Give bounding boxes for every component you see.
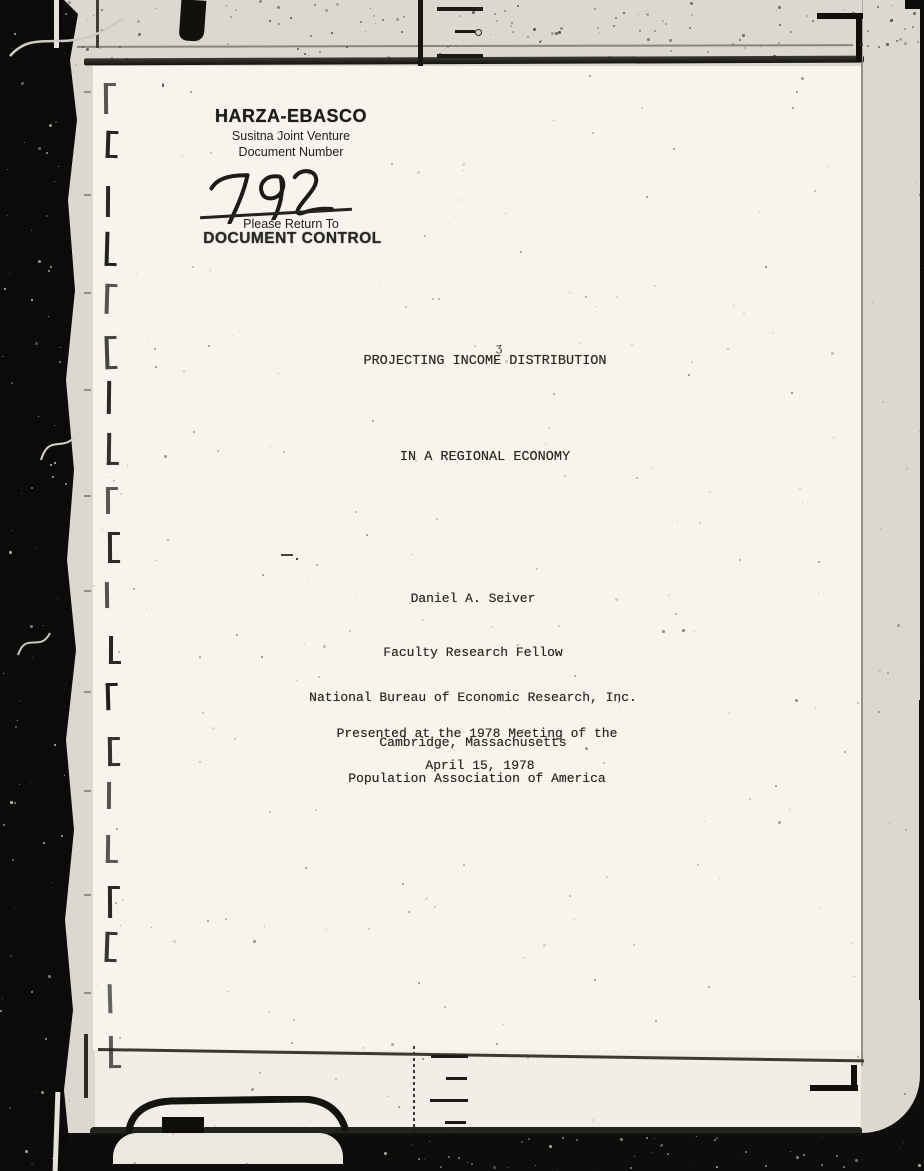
binding-mark bbox=[106, 131, 123, 159]
binding-mark bbox=[108, 984, 125, 1013]
binding-mark bbox=[107, 381, 123, 414]
presentation-line-2: Population Association of America bbox=[277, 771, 677, 786]
page-left-edge-lower bbox=[84, 1034, 88, 1098]
binding-scratch bbox=[84, 194, 91, 196]
binding-mark bbox=[108, 532, 124, 563]
scanned-document: HARZA-EBASCO Susitna Joint Venture Docum… bbox=[0, 0, 924, 1171]
binding-mark bbox=[109, 636, 125, 664]
presentation-note: Presented at the 1978 Meeting of the Pop… bbox=[277, 696, 677, 816]
presentation-line-1: Presented at the 1978 Meeting of the bbox=[277, 726, 677, 741]
binding-mark bbox=[104, 932, 121, 963]
ruler-dot bbox=[475, 29, 482, 36]
scan-squiggle-2 bbox=[14, 625, 54, 661]
title-line-1: PROJECTING INCOME DISTRIBUTION bbox=[285, 346, 685, 378]
scan-hair-scratch bbox=[8, 6, 128, 66]
binding-mark bbox=[106, 835, 122, 863]
bottom-black-rect bbox=[162, 1117, 204, 1134]
binding-scratch bbox=[84, 389, 91, 391]
binding-scratch bbox=[84, 590, 91, 592]
ruler-tick bbox=[446, 1077, 467, 1080]
page-right-edge-line bbox=[861, 58, 863, 1066]
binding-mark bbox=[106, 487, 122, 514]
corner-bracket-top-right-v bbox=[856, 13, 862, 62]
ruler-line-bottom bbox=[413, 1046, 415, 1132]
stray-dot-mark bbox=[296, 558, 298, 560]
ruler-line-top bbox=[418, 0, 423, 66]
stamp-venture-line: Susitna Joint Venture bbox=[196, 129, 386, 143]
binding-mark bbox=[105, 232, 122, 266]
corner-bracket-bottom-right-h bbox=[810, 1085, 858, 1091]
bottom-arc-shadow bbox=[123, 1096, 353, 1136]
binding-mark bbox=[106, 683, 123, 710]
binding-scratch bbox=[84, 495, 91, 497]
ruler-tick bbox=[455, 30, 475, 33]
document-page: HARZA-EBASCO Susitna Joint Venture Docum… bbox=[93, 66, 862, 1050]
binding-mark bbox=[105, 582, 121, 608]
stamp-org-name: HARZA-EBASCO bbox=[196, 106, 386, 127]
stray-mark-glyph: ʒ bbox=[496, 341, 502, 354]
binding-mark bbox=[109, 1036, 125, 1068]
author-affiliation-1: Faculty Research Fellow bbox=[273, 645, 673, 660]
ruler-tick bbox=[445, 1121, 466, 1124]
stamp-docnum-label: Document Number bbox=[196, 145, 386, 159]
binding-scratch bbox=[84, 691, 91, 693]
binding-mark bbox=[107, 782, 123, 809]
scanner-black-band-left bbox=[0, 0, 80, 1171]
ruler-tick bbox=[437, 7, 483, 11]
title-line-2: IN A REGIONAL ECONOMY bbox=[285, 442, 685, 474]
ruler-tick bbox=[437, 54, 483, 58]
binding-mark bbox=[105, 284, 122, 314]
presentation-date: April 15, 1978 bbox=[280, 758, 680, 773]
author-name: Daniel A. Seiver bbox=[273, 591, 673, 606]
ruler-tick bbox=[430, 1099, 468, 1102]
page-right-edge-upper bbox=[862, 0, 863, 58]
stray-dash-mark bbox=[281, 554, 293, 556]
binding-mark bbox=[106, 186, 122, 217]
scanner-edge-strip-right bbox=[919, 700, 924, 1000]
binding-scratch bbox=[84, 992, 91, 994]
binding-mark bbox=[108, 886, 124, 918]
binding-scratch bbox=[84, 894, 91, 896]
binding-mark bbox=[104, 83, 120, 114]
binding-mark bbox=[104, 336, 121, 369]
binding-scratch bbox=[84, 790, 91, 792]
scan-squiggle-1 bbox=[36, 418, 86, 468]
stamp-control-label: DOCUMENT CONTROL bbox=[188, 230, 397, 248]
scanner-edge-wedge-top-right bbox=[905, 0, 924, 9]
binding-mark bbox=[108, 737, 124, 766]
stray-apostrophe: ' bbox=[161, 82, 165, 97]
stamp-return-label: Please Return To bbox=[196, 217, 386, 231]
binding-scratch bbox=[84, 91, 91, 93]
ruler-tick bbox=[431, 1055, 468, 1058]
scan-blotch bbox=[179, 0, 207, 42]
binding-mark bbox=[107, 433, 124, 465]
paper-title: PROJECTING INCOME DISTRIBUTION IN A REGI… bbox=[285, 282, 685, 538]
bottom-white-blob bbox=[113, 1133, 343, 1164]
binding-scratch bbox=[84, 292, 91, 294]
document-control-stamp: HARZA-EBASCO Susitna Joint Venture Docum… bbox=[196, 106, 386, 159]
